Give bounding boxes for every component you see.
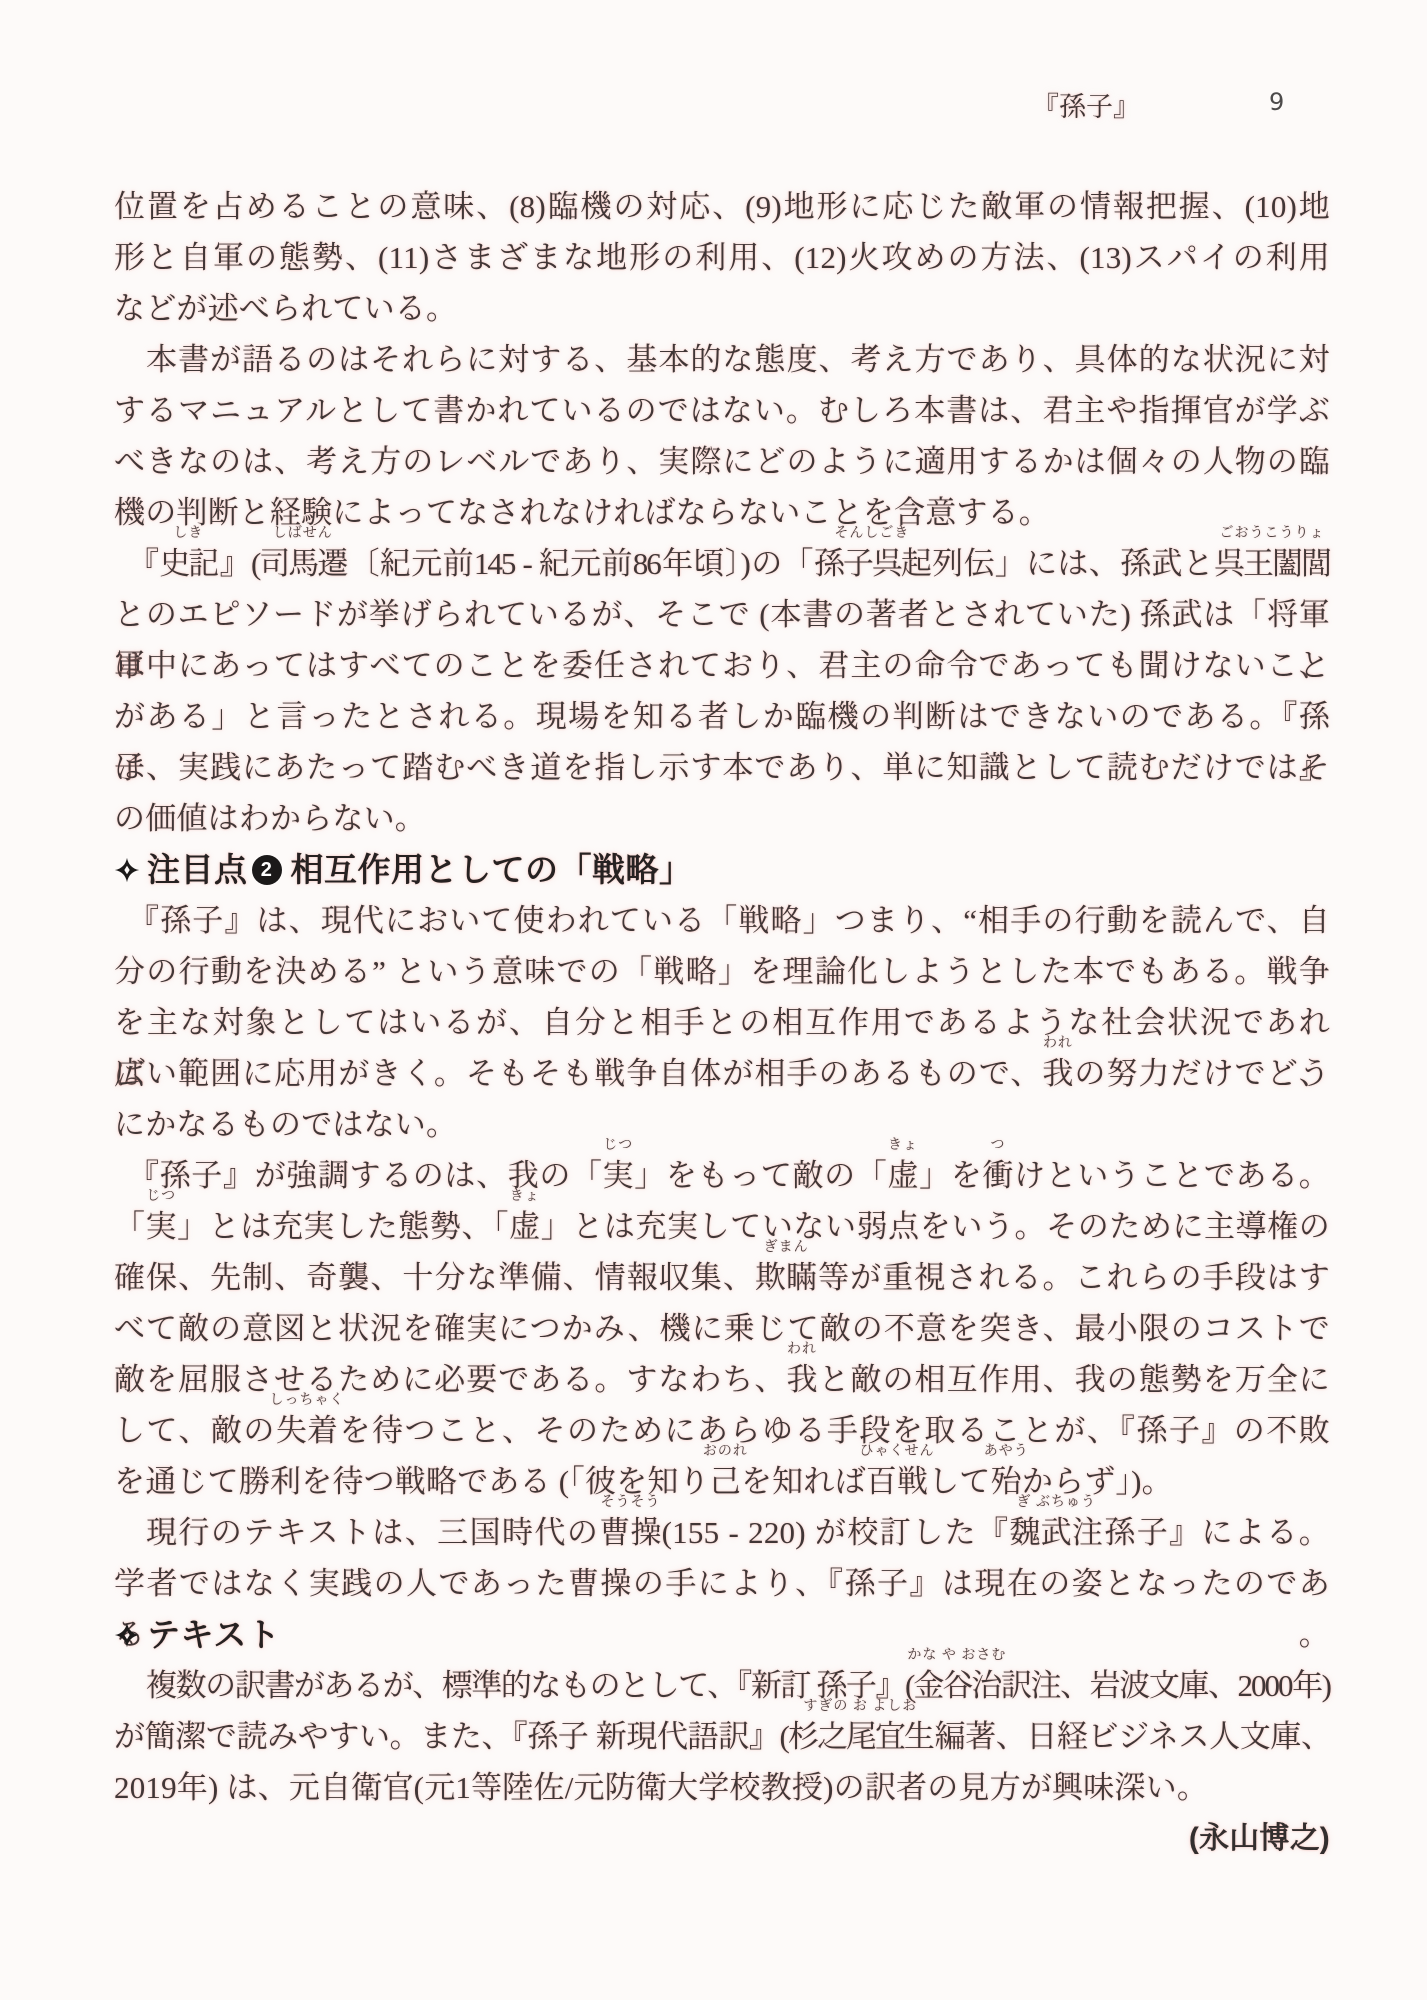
ruby-annotation: かな や おさむ	[907, 1649, 1006, 1663]
ruby-annotation: そうそう	[600, 1496, 660, 1510]
text-line: するマニュアルとして書かれているのではない。むしろ本書は、君主や指揮官が学ぶ	[114, 385, 1330, 436]
ruby-annotation: われ	[787, 1343, 817, 1357]
ruby-annotation: あやう	[984, 1445, 1029, 1459]
ruby-base: 百戦ひゃくせん	[866, 1456, 928, 1507]
book-page: 『孫子』 9 位置を占めることの意味、(8)臨機の対応、(9)地形に応じた敵軍の…	[0, 0, 1427, 2000]
text-line: 確保、先制、奇襲、十分な準備、情報収集、欺瞞ぎまん等が重視される。これらの手段は…	[114, 1252, 1330, 1303]
heading-text: テキスト	[147, 1609, 280, 1660]
text-line: 学者ではなく実践の人であった曹操の手により、『孫子』は現在の姿となったのである。	[114, 1558, 1330, 1609]
ruby-base: 我われ	[786, 1354, 817, 1405]
circled-number-badge: 2	[252, 855, 282, 885]
ruby-annotation: ひゃくせん	[860, 1445, 935, 1459]
section-heading: 注目点2相互作用としての「戦略」	[114, 844, 1330, 895]
ruby-base: 魏武注ぎ ぶちゅう	[1009, 1507, 1103, 1558]
text-line: 分の行動を決める” という意味での「戦略」を理論化しようとした本でもある。戦争	[114, 946, 1330, 997]
ruby-base: 虚きょ	[887, 1150, 918, 1201]
text-line: などが述べられている。	[114, 283, 1330, 334]
ruby-base: 金谷治かな や おさむ	[913, 1660, 1000, 1711]
text-line: べて敵の意図と状況を確実につかみ、機に乗じて敵の不意を突き、最小限のコストで	[114, 1303, 1330, 1354]
document-body: 位置を占めることの意味、(8)臨機の対応、(9)地形に応じた敵軍の情報把握、(1…	[114, 181, 1330, 1864]
ruby-base: 衝つ	[982, 1150, 1013, 1201]
ruby-base: 虚きょ	[509, 1201, 540, 1252]
text-line: 『孫子』は、現代において使われている「戦略」つまり、“相手の行動を読んで、自	[114, 895, 1330, 946]
ruby-annotation: しっちゃく	[270, 1394, 345, 1408]
ruby-base: 欺瞞ぎまん	[755, 1252, 817, 1303]
ruby-base: 己おのれ	[710, 1456, 741, 1507]
ruby-base: 実じつ	[603, 1150, 634, 1201]
four-point-star-icon	[114, 857, 140, 883]
ruby-annotation: すぎの お よしお	[803, 1700, 917, 1714]
text-line: 形と自軍の態勢、(11)さまざまな地形の利用、(12)火攻めの方法、(13)スパ…	[114, 232, 1330, 283]
ruby-annotation: きょ	[510, 1190, 540, 1204]
ruby-annotation: そんしごき	[834, 527, 909, 541]
text-line: 「実じつ」とは充実した態勢、「虚きょ」とは充実していない弱点をいう。そのために主…	[114, 1201, 1330, 1252]
text-line: 現行のテキストは、三国時代の曹操そうそう(155 - 220) が校訂した『魏武…	[114, 1507, 1330, 1558]
text-line: は、実践にあたって踏むべき道を指し示す本であり、単に知識として読むだけではそ	[114, 742, 1330, 793]
text-line: を通じて勝利を待つ戦略である (「彼を知り己おのれを知れば百戦ひゃくせんして殆あ…	[114, 1456, 1330, 1507]
text-line: べきなのは、考え方のレベルであり、実際にどのように適用するかは個々の人物の臨	[114, 436, 1330, 487]
text-line: 広い範囲に応用がきく。そもそも戦争自体が相手のあるもので、我われの努力だけでどう	[114, 1048, 1330, 1099]
ruby-annotation: しばせん	[273, 527, 333, 541]
ruby-annotation: ぎまん	[764, 1241, 809, 1255]
ruby-annotation: ぎ ぶちゅう	[1017, 1496, 1097, 1510]
text-line: 本書が語るのはそれらに対する、基本的な態度、考え方であり、具体的な状況に対	[114, 334, 1330, 385]
ruby-annotation: われ	[1043, 1037, 1073, 1051]
text-line: が簡潔で読みやすい。また、『孫子 新現代語訳』(杉之尾宜生すぎの お よしお編著…	[114, 1711, 1330, 1762]
text-line: 位置を占めることの意味、(8)臨機の対応、(9)地形に応じた敵軍の情報把握、(1…	[114, 181, 1330, 232]
ruby-annotation: ごおうこうりょ	[1220, 527, 1325, 541]
text-line: にかなるものではない。	[114, 1099, 1330, 1150]
ruby-base: 杉之尾宜生すぎの お よしお	[788, 1711, 933, 1762]
ruby-base: 司馬遷しばせん	[259, 538, 346, 589]
ruby-annotation: おのれ	[703, 1445, 748, 1459]
author-signature: (永山博之)	[114, 1813, 1330, 1864]
ruby-annotation: しき	[173, 527, 203, 541]
ruby-base: 実じつ	[146, 1201, 177, 1252]
ruby-base: 曹操そうそう	[599, 1507, 661, 1558]
ruby-annotation: つ	[990, 1139, 1005, 1153]
ruby-base: 呉王闔閭ごおうこうりょ	[1214, 538, 1330, 589]
ruby-base: 失着しっちゃく	[276, 1405, 338, 1456]
text-line: を主な対象としてはいるが、自分と相手との相互作用であるような社会状況であれば、	[114, 997, 1330, 1048]
text-line: 『史記しき』(司馬遷しばせん〔紀元前145 - 紀元前86年頃〕)の「孫子呉起そ…	[114, 538, 1330, 589]
ruby-annotation: じつ	[603, 1139, 633, 1153]
section-heading: テキスト	[114, 1609, 1330, 1660]
heading-text: 注目点	[147, 844, 248, 895]
ruby-base: 史記しき	[159, 538, 217, 589]
text-line: 2019年) は、元自衛官(元1等陸佐/元防衛大学校教授)の訳者の見方が興味深い…	[114, 1762, 1330, 1813]
four-point-star-icon	[114, 1622, 140, 1648]
ruby-annotation: きょ	[888, 1139, 918, 1153]
text-line: 軍中にあってはすべてのことを委任されており、君主の命令であっても聞けないこと	[114, 640, 1330, 691]
heading-text: 相互作用としての「戦略」	[291, 844, 693, 895]
ruby-base: 我われ	[1042, 1048, 1073, 1099]
text-line: がある」と言ったとされる。現場を知る者しか臨機の判断はできないのである。『孫子』	[114, 691, 1330, 742]
text-line: の価値はわからない。	[114, 793, 1330, 844]
ruby-base: 孫子呉起そんしごき	[814, 538, 930, 589]
ruby-annotation: じつ	[146, 1190, 176, 1204]
text-line: 複数の訳書があるが、標準的なものとして、『新訂 孫子』(金谷治かな や おさむ訳…	[114, 1660, 1330, 1711]
page-number: 9	[1269, 88, 1284, 116]
running-head-title: 『孫子』	[1032, 85, 1140, 124]
text-line: とのエピソードが挙げられているが、そこで (本書の著者とされていた) 孫武は「将…	[114, 589, 1330, 640]
text-line: 『孫子』が強調するのは、我の「実じつ」をもって敵の「虚きょ」を衝つけということで…	[114, 1150, 1330, 1201]
